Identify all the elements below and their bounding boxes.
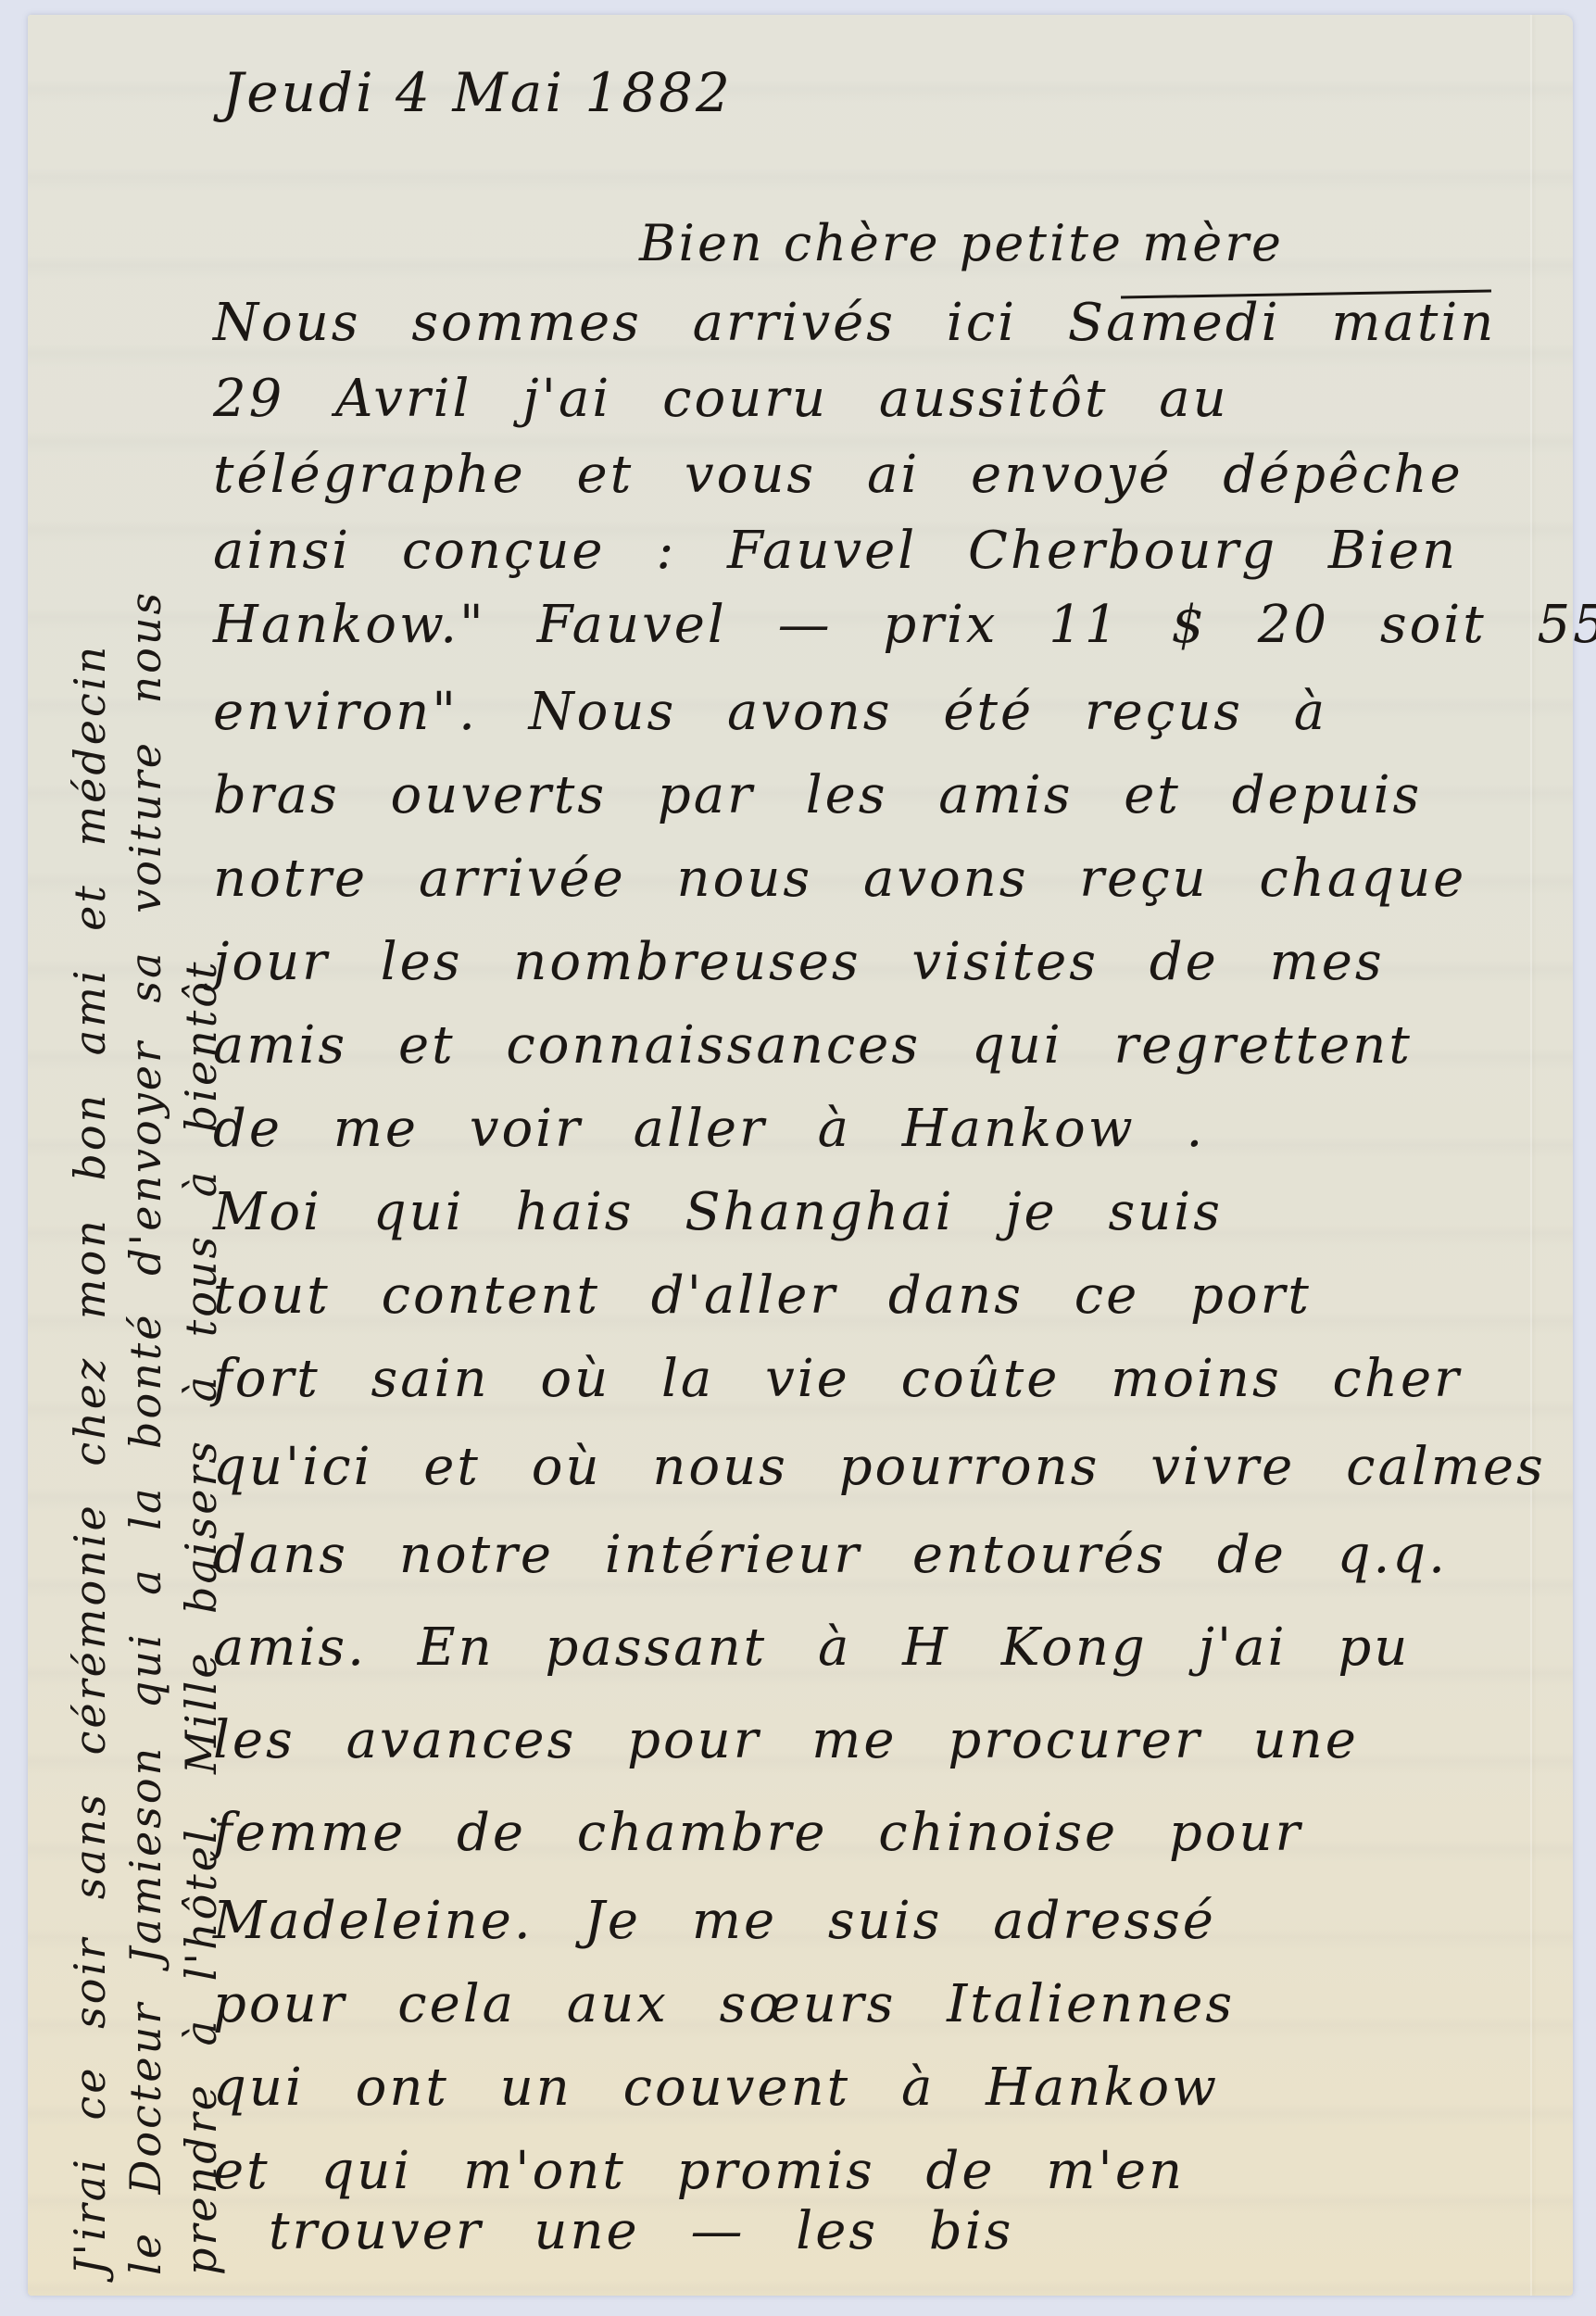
body-line: qui ont un couvent à Hankow bbox=[213, 2058, 1219, 2118]
body-line: ainsi conçue : Fauvel Cherbourg Bien bbox=[213, 521, 1458, 581]
body-line: de me voir aller à Hankow . bbox=[213, 1099, 1205, 1159]
body-line: femme de chambre chinoise pour bbox=[213, 1803, 1302, 1863]
body-line: qu'ici et où nous pourrons vivre calmes bbox=[213, 1437, 1546, 1497]
body-line: Nous sommes arrivés ici Samedi matin bbox=[213, 293, 1496, 353]
body-line: trouver une — les bis bbox=[269, 2201, 1013, 2261]
body-line: notre arrivée nous avons reçu chaque bbox=[213, 849, 1466, 909]
margin-note-line: prendre à l'hôtel. Mille baisers à tous … bbox=[176, 960, 226, 2275]
letter-salutation: Bien chère petite mère bbox=[639, 214, 1284, 272]
margin-note-line: le Docteur Jamieson qui a la bonté d'env… bbox=[120, 590, 170, 2275]
body-line: télégraphe et vous ai envoyé dépêche bbox=[213, 445, 1464, 505]
margin-note-line: J'irai ce soir sans cérémonie chez mon b… bbox=[65, 644, 115, 2275]
body-line: les avances pour me procurer une bbox=[213, 1710, 1359, 1770]
body-line: Madeleine. Je me suis adressé bbox=[213, 1891, 1216, 1951]
body-line: Moi qui hais Shanghai je suis bbox=[213, 1182, 1223, 1242]
body-line: jour les nombreuses visites de mes bbox=[213, 932, 1385, 992]
paper-fold-crease bbox=[1530, 15, 1532, 2296]
body-line: fort sain où la vie coûte moins cher bbox=[213, 1349, 1462, 1409]
body-line: et qui m'ont promis de m'en bbox=[213, 2141, 1185, 2201]
body-line: pour cela aux sœurs Italiennes bbox=[213, 1974, 1235, 2034]
body-line: environ". Nous avons été reçus à bbox=[213, 682, 1327, 742]
body-line: amis. En passant à H Kong j'ai pu bbox=[213, 1617, 1410, 1678]
body-line: amis et connaissances qui regrettent bbox=[213, 1015, 1413, 1076]
letter-date: Jeudi 4 Mai 1882 bbox=[222, 61, 733, 124]
body-line: 29 Avril j'ai couru aussitôt au bbox=[213, 369, 1229, 429]
body-line: dans notre intérieur entourés de q.q. bbox=[213, 1525, 1448, 1585]
letter-paper: Jeudi 4 Mai 1882 Bien chère petite mère … bbox=[28, 15, 1573, 2296]
body-line: bras ouverts par les amis et depuis bbox=[213, 765, 1422, 825]
body-line: tout content d'aller dans ce port bbox=[213, 1265, 1312, 1326]
body-line: Hankow." Fauvel — prix 11 $ 20 soit 55 f bbox=[213, 595, 1596, 655]
